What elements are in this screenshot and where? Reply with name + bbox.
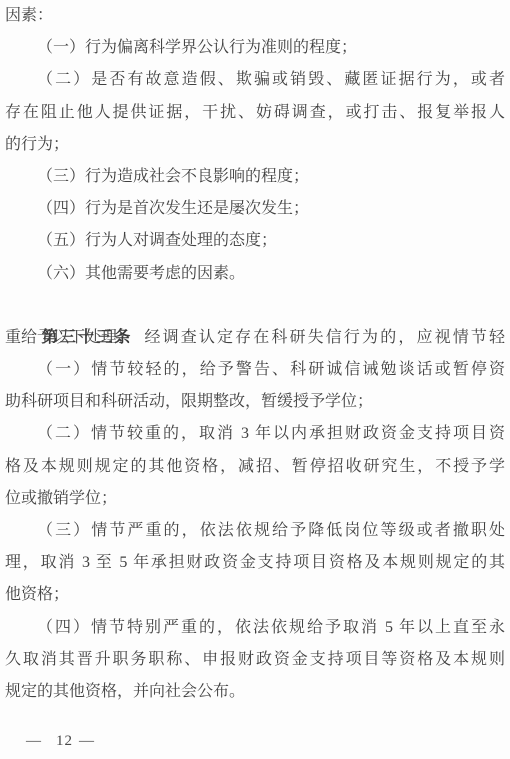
text-line: 他资格； bbox=[5, 579, 505, 611]
text-line: （六）其他需要考虑的因素。 bbox=[5, 258, 505, 290]
text-line: （三）情节严重的，依法依规给予降低岗位等级或者撤职处 bbox=[5, 515, 505, 547]
text-line: （一）行为偏离科学界公认行为准则的程度； bbox=[5, 32, 505, 64]
text-line: （五）行为人对调查处理的态度； bbox=[5, 225, 505, 257]
text-line: 存在阻止他人提供证据，干扰、妨碍调查，或打击、报复举报人 bbox=[5, 97, 505, 129]
text-line-article-33: 第三十三条经调查认定存在科研失信行为的，应视情节轻 bbox=[5, 290, 505, 322]
article-text: 经调查认定存在科研失信行为的，应视情节轻 bbox=[144, 329, 505, 346]
text-line: （三）行为造成社会不良影响的程度； bbox=[5, 161, 505, 193]
text-line: 的行为； bbox=[5, 129, 505, 161]
document-page: 因素： （一）行为偏离科学界公认行为准则的程度； （二）是否有故意造假、欺骗或销… bbox=[0, 0, 510, 759]
page-number: —12— bbox=[26, 733, 95, 750]
footer-page-number: 12 bbox=[56, 733, 73, 749]
text-line: （四）行为是首次发生还是屡次发生； bbox=[5, 193, 505, 225]
footer-right-dash: — bbox=[79, 733, 95, 749]
text-line: （二）情节较重的，取消 3 年以内承担财政资金支持项目资 bbox=[5, 418, 505, 450]
text-line: 理，取消 3 至 5 年承担财政资金支持项目资格及本规则规定的其 bbox=[5, 547, 505, 579]
text-line: （二）是否有故意造假、欺骗或销毁、藏匿证据行为，或者 bbox=[5, 64, 505, 96]
document-text-block: 因素： （一）行为偏离科学界公认行为准则的程度； （二）是否有故意造假、欺骗或销… bbox=[5, 0, 505, 708]
text-line: 久取消其晋升职务职称、申报财政资金支持项目等资格及本规则 bbox=[5, 644, 505, 676]
text-line: 规定的其他资格，并向社会公布。 bbox=[5, 676, 505, 708]
text-line: 位或撤销学位； bbox=[5, 483, 505, 515]
text-line: 助科研项目和科研活动，限期整改，暂缓授予学位； bbox=[5, 386, 505, 418]
footer-left-dash: — bbox=[26, 733, 42, 749]
text-line: 因素： bbox=[5, 0, 505, 32]
text-line: （四）情节特别严重的，依法依规给予取消 5 年以上直至永 bbox=[5, 612, 505, 644]
text-line: 格及本规则规定的其他资格，减招、暂停招收研究生，不授予学 bbox=[5, 451, 505, 483]
text-line: （一）情节较轻的，给予警告、科研诚信诫勉谈话或暂停资 bbox=[5, 354, 505, 386]
